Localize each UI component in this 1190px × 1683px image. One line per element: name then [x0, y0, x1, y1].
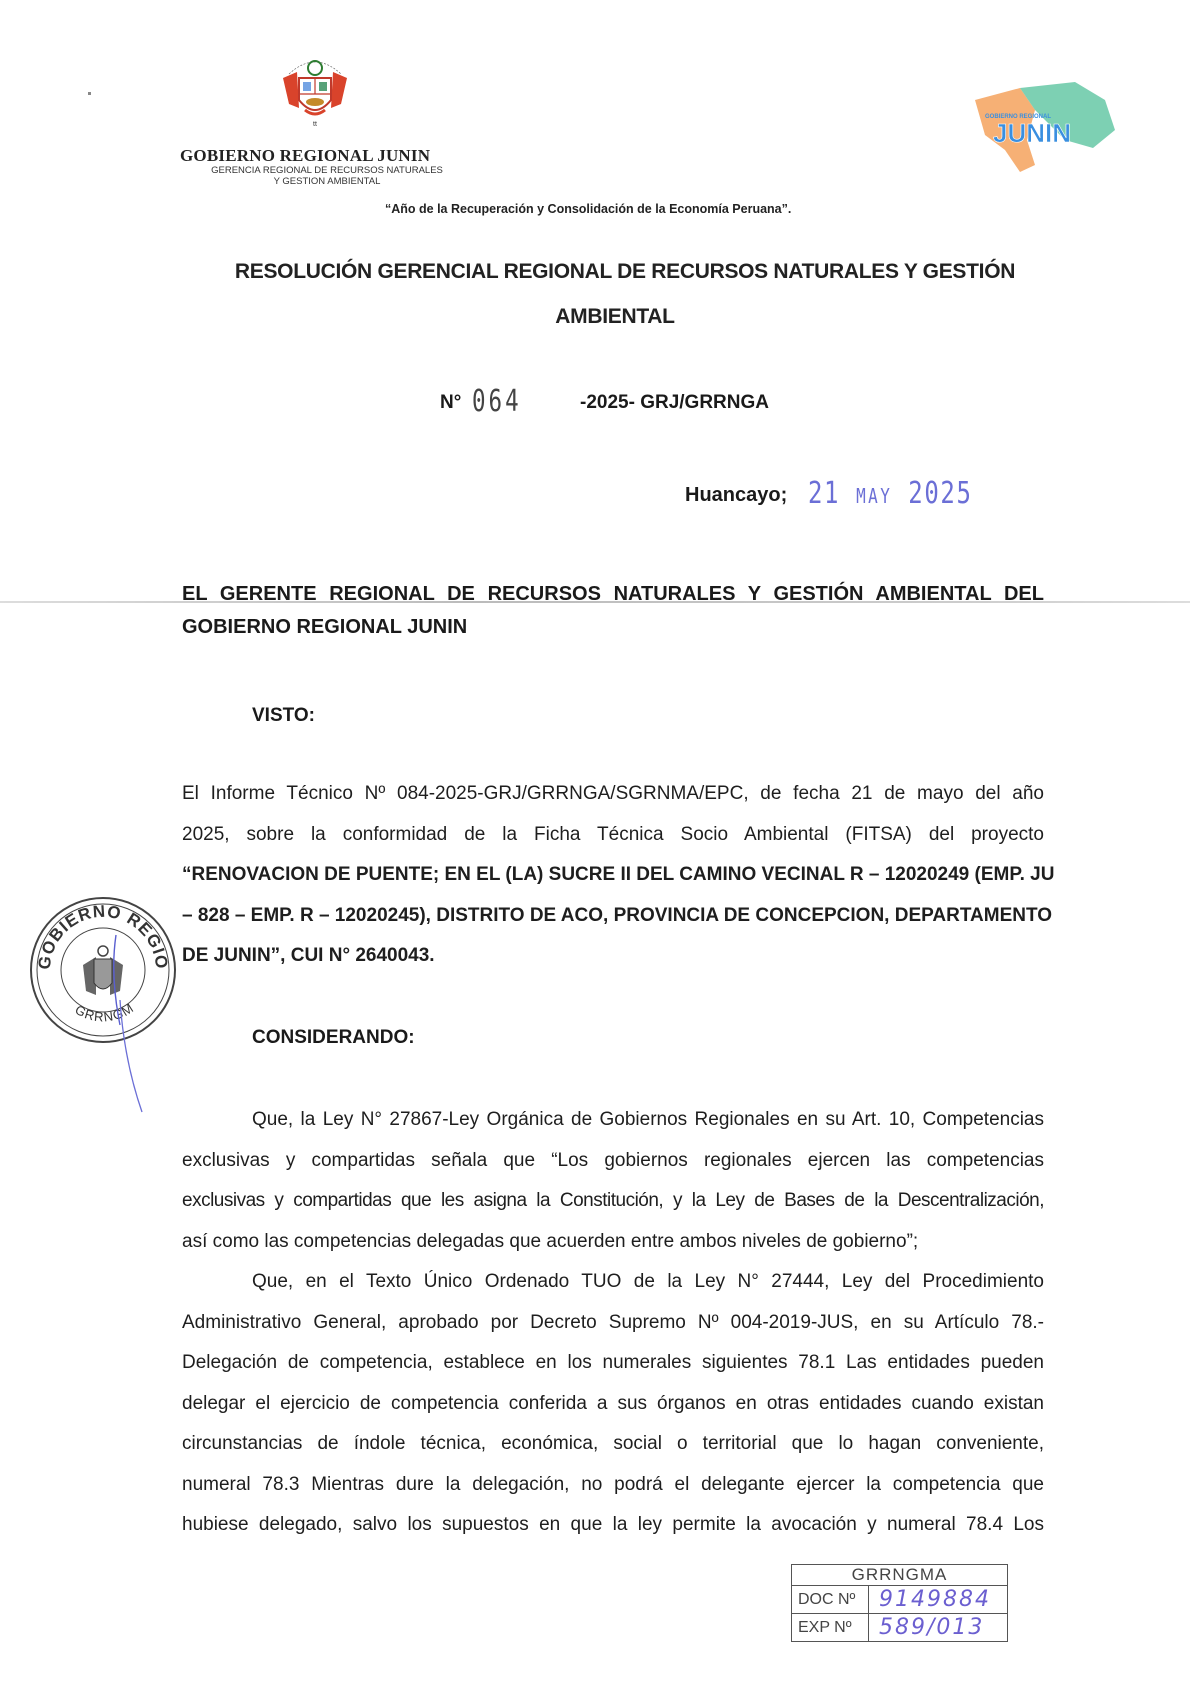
registry-stamp: GRRNGMA DOC Nº 9149884 EXP Nº 589/013: [791, 1564, 1008, 1642]
logo-text: JUNIN: [993, 118, 1071, 148]
date-day: 21: [808, 476, 840, 511]
project-name-line: – 828 – EMP. R – 12020245), DISTRITO DE …: [182, 896, 1044, 937]
official-seal-icon: GOBIERNO REGIONAL JUNIN GRRNGMA: [28, 895, 178, 1045]
considerando-heading: CONSIDERANDO:: [252, 1027, 415, 1049]
document-title-line-1: RESOLUCIÓN GERENCIAL REGIONAL DE RECURSO…: [0, 260, 1190, 284]
paragraph-line: El Informe Técnico Nº 084-2025-GRJ/GRRNG…: [182, 774, 1044, 815]
paragraph-line: delegar el ejercicio de competencia conf…: [182, 1384, 1044, 1425]
paragraph-line: hubiese delegado, salvo los supuestos en…: [182, 1505, 1044, 1546]
manager-heading-line-1: EL GERENTE REGIONAL DE RECURSOS NATURALE…: [182, 572, 1044, 616]
visto-heading: VISTO:: [252, 705, 315, 727]
date-stamp: 21 MAY 2025: [808, 476, 973, 511]
scan-speck: [88, 92, 91, 95]
org-subtitle-line-2: Y GESTION AMBIENTAL: [202, 176, 452, 187]
scan-artifact-line: [0, 601, 1190, 603]
document-title-line-2: AMBIENTAL: [0, 305, 1190, 329]
paragraph-line: así como las competencias delegadas que …: [182, 1222, 1044, 1263]
junin-region-logo-icon: GOBIERNO REGIONAL JUNIN: [965, 80, 1125, 175]
org-name: GOBIERNO REGIONAL JUNIN: [180, 146, 430, 166]
ley-paragraph: Que, la Ley N° 27867-Ley Orgánica de Gob…: [182, 1100, 1044, 1262]
stamp-doc-value: 9149884: [869, 1587, 991, 1612]
place-label: Huancayo;: [685, 484, 787, 507]
svg-text:tt: tt: [313, 121, 317, 128]
stamp-header: GRRNGMA: [792, 1565, 1007, 1585]
stamp-exp-row: EXP Nº 589/013: [792, 1613, 1007, 1641]
number-value: 064: [472, 384, 522, 419]
stamp-exp-label: EXP Nº: [792, 1614, 869, 1641]
paragraph-line: 2025, sobre la conformidad de la Ficha T…: [182, 815, 1044, 856]
paragraph-line: exclusivas y compartidas señala que “Los…: [182, 1141, 1044, 1182]
paragraph-line: Que, la Ley N° 27867-Ley Orgánica de Gob…: [182, 1100, 1044, 1141]
stamp-doc-label: DOC Nº: [792, 1586, 869, 1613]
number-label: N°: [440, 392, 461, 414]
date-year: 2025: [908, 476, 972, 511]
project-name-line: DE JUNIN”, CUI N° 2640043.: [182, 936, 1044, 977]
paragraph-line: Administrativo General, aprobado por Dec…: [182, 1303, 1044, 1344]
number-suffix: -2025- GRJ/GRRNGA: [580, 392, 769, 414]
year-motto: “Año de la Recuperación y Consolidación …: [385, 202, 791, 216]
project-name-line: “RENOVACION DE PUENTE; EN EL (LA) SUCRE …: [182, 855, 1044, 896]
peru-coat-of-arms-icon: tt: [275, 48, 355, 133]
manager-heading-line-2: GOBIERNO REGIONAL JUNIN: [182, 616, 467, 639]
paragraph-line: circunstancias de índole técnica, económ…: [182, 1424, 1044, 1465]
tuo-paragraph: Que, en el Texto Único Ordenado TUO de l…: [182, 1262, 1044, 1546]
paragraph-line: Que, en el Texto Único Ordenado TUO de l…: [182, 1262, 1044, 1303]
date-month: MAY: [856, 484, 892, 508]
paragraph-line: exclusivas y compartidas que les asigna …: [182, 1181, 1044, 1222]
org-subtitle: GERENCIA REGIONAL DE RECURSOS NATURALES …: [202, 165, 452, 187]
paragraph-line: numeral 78.3 Mientras dure la delegación…: [182, 1465, 1044, 1506]
paragraph-line: Delegación de competencia, establece en …: [182, 1343, 1044, 1384]
visto-paragraph: El Informe Técnico Nº 084-2025-GRJ/GRRNG…: [182, 774, 1044, 977]
stamp-doc-row: DOC Nº 9149884: [792, 1585, 1007, 1613]
signature-stroke: [118, 1000, 148, 1115]
stamp-exp-value: 589/013: [869, 1615, 984, 1640]
org-subtitle-line-1: GERENCIA REGIONAL DE RECURSOS NATURALES: [202, 165, 452, 176]
